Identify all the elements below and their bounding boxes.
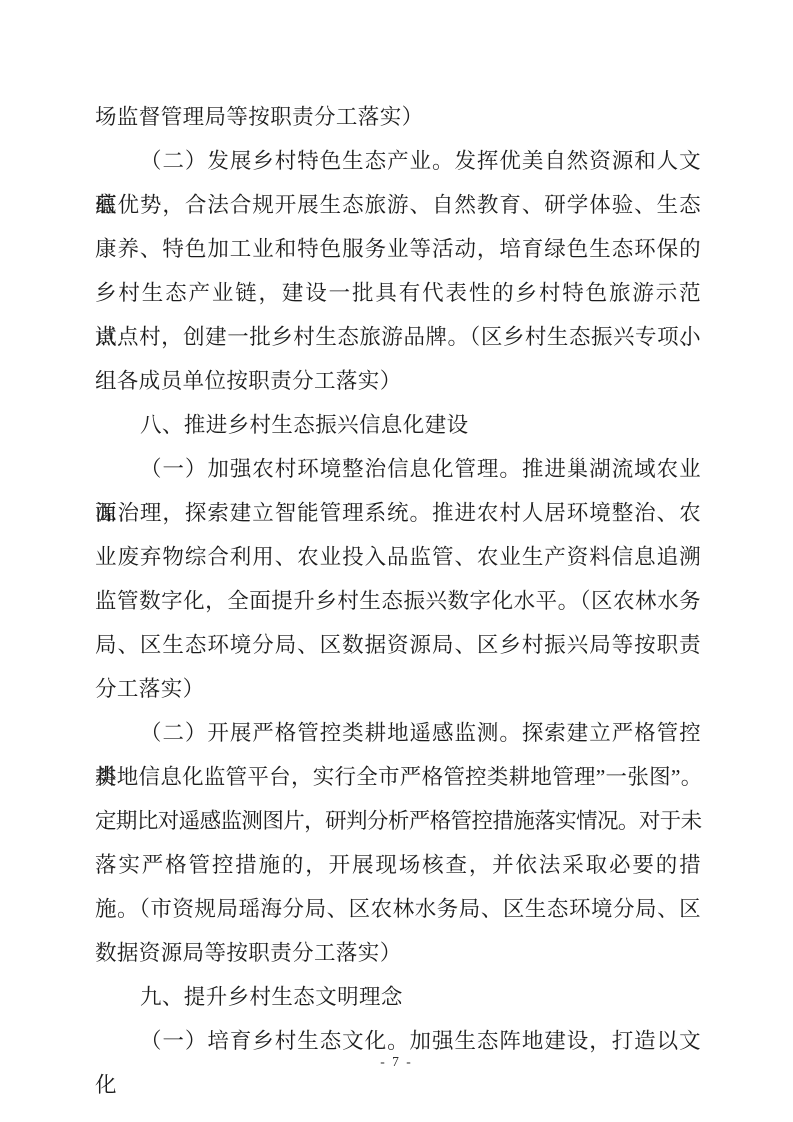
body-text-line: 蕴优势，合法合规开展生态旅游、自然教育、研学体验、生态 [95, 183, 701, 227]
document-body: 场监督管理局等按职责分工落实） （二）发展乡村特色生态产业。发挥优美自然资源和人… [95, 95, 701, 1063]
body-text-line: 耕地信息化监管平台，实行全市严格管控类耕地管理”一张图”。 [95, 755, 701, 799]
paragraph-end-line: 场监督管理局等按职责分工落实） [95, 95, 701, 139]
body-text-line: 落实严格管控措施的，开展现场核查，并依法采取必要的措 [95, 843, 701, 887]
body-text-line: 源治理，探索建立智能管理系统。推进农村人居环境整治、农 [95, 491, 701, 535]
paragraph-end-line: 组各成员单位按职责分工落实） [95, 359, 701, 403]
paragraph-start-line: （二）发展乡村特色生态产业。发挥优美自然资源和人文底 [95, 139, 701, 183]
body-text-line: 康养、特色加工业和特色服务业等活动，培育绿色生态环保的 [95, 227, 701, 271]
page-number: - 7 - [0, 1052, 793, 1072]
paragraph-end-line: 数据资源局等按职责分工落实） [95, 931, 701, 975]
section-heading-9: 九、提升乡村生态文明理念 [95, 975, 701, 1019]
body-text-line: 乡村生态产业链，建设一批具有代表性的乡村特色旅游示范点、 [95, 271, 701, 315]
paragraph-end-line: 分工落实） [95, 667, 701, 711]
body-text-line: 施。（市资规局瑶海分局、区农林水务局、区生态环境分局、区 [95, 887, 701, 931]
body-text-line: 局、区生态环境分局、区数据资源局、区乡村振兴局等按职责 [95, 623, 701, 667]
body-text-line: 定期比对遥感监测图片，研判分析严格管控措施落实情况。对于未 [95, 799, 701, 843]
paragraph-start-line: （二）开展严格管控类耕地遥感监测。探索建立严格管控类 [95, 711, 701, 755]
paragraph-start-line: （一）加强农村环境整治信息化管理。推进巢湖流域农业面 [95, 447, 701, 491]
body-text-line: 监管数字化，全面提升乡村生态振兴数字化水平。（区农林水务 [95, 579, 701, 623]
document-page: 场监督管理局等按职责分工落实） （二）发展乡村特色生态产业。发挥优美自然资源和人… [0, 0, 793, 1122]
section-heading-8: 八、推进乡村生态振兴信息化建设 [95, 403, 701, 447]
body-text-line: 试点村，创建一批乡村生态旅游品牌。（区乡村生态振兴专项小 [95, 315, 701, 359]
body-text-line: 业废弃物综合利用、农业投入品监管、农业生产资料信息追溯 [95, 535, 701, 579]
